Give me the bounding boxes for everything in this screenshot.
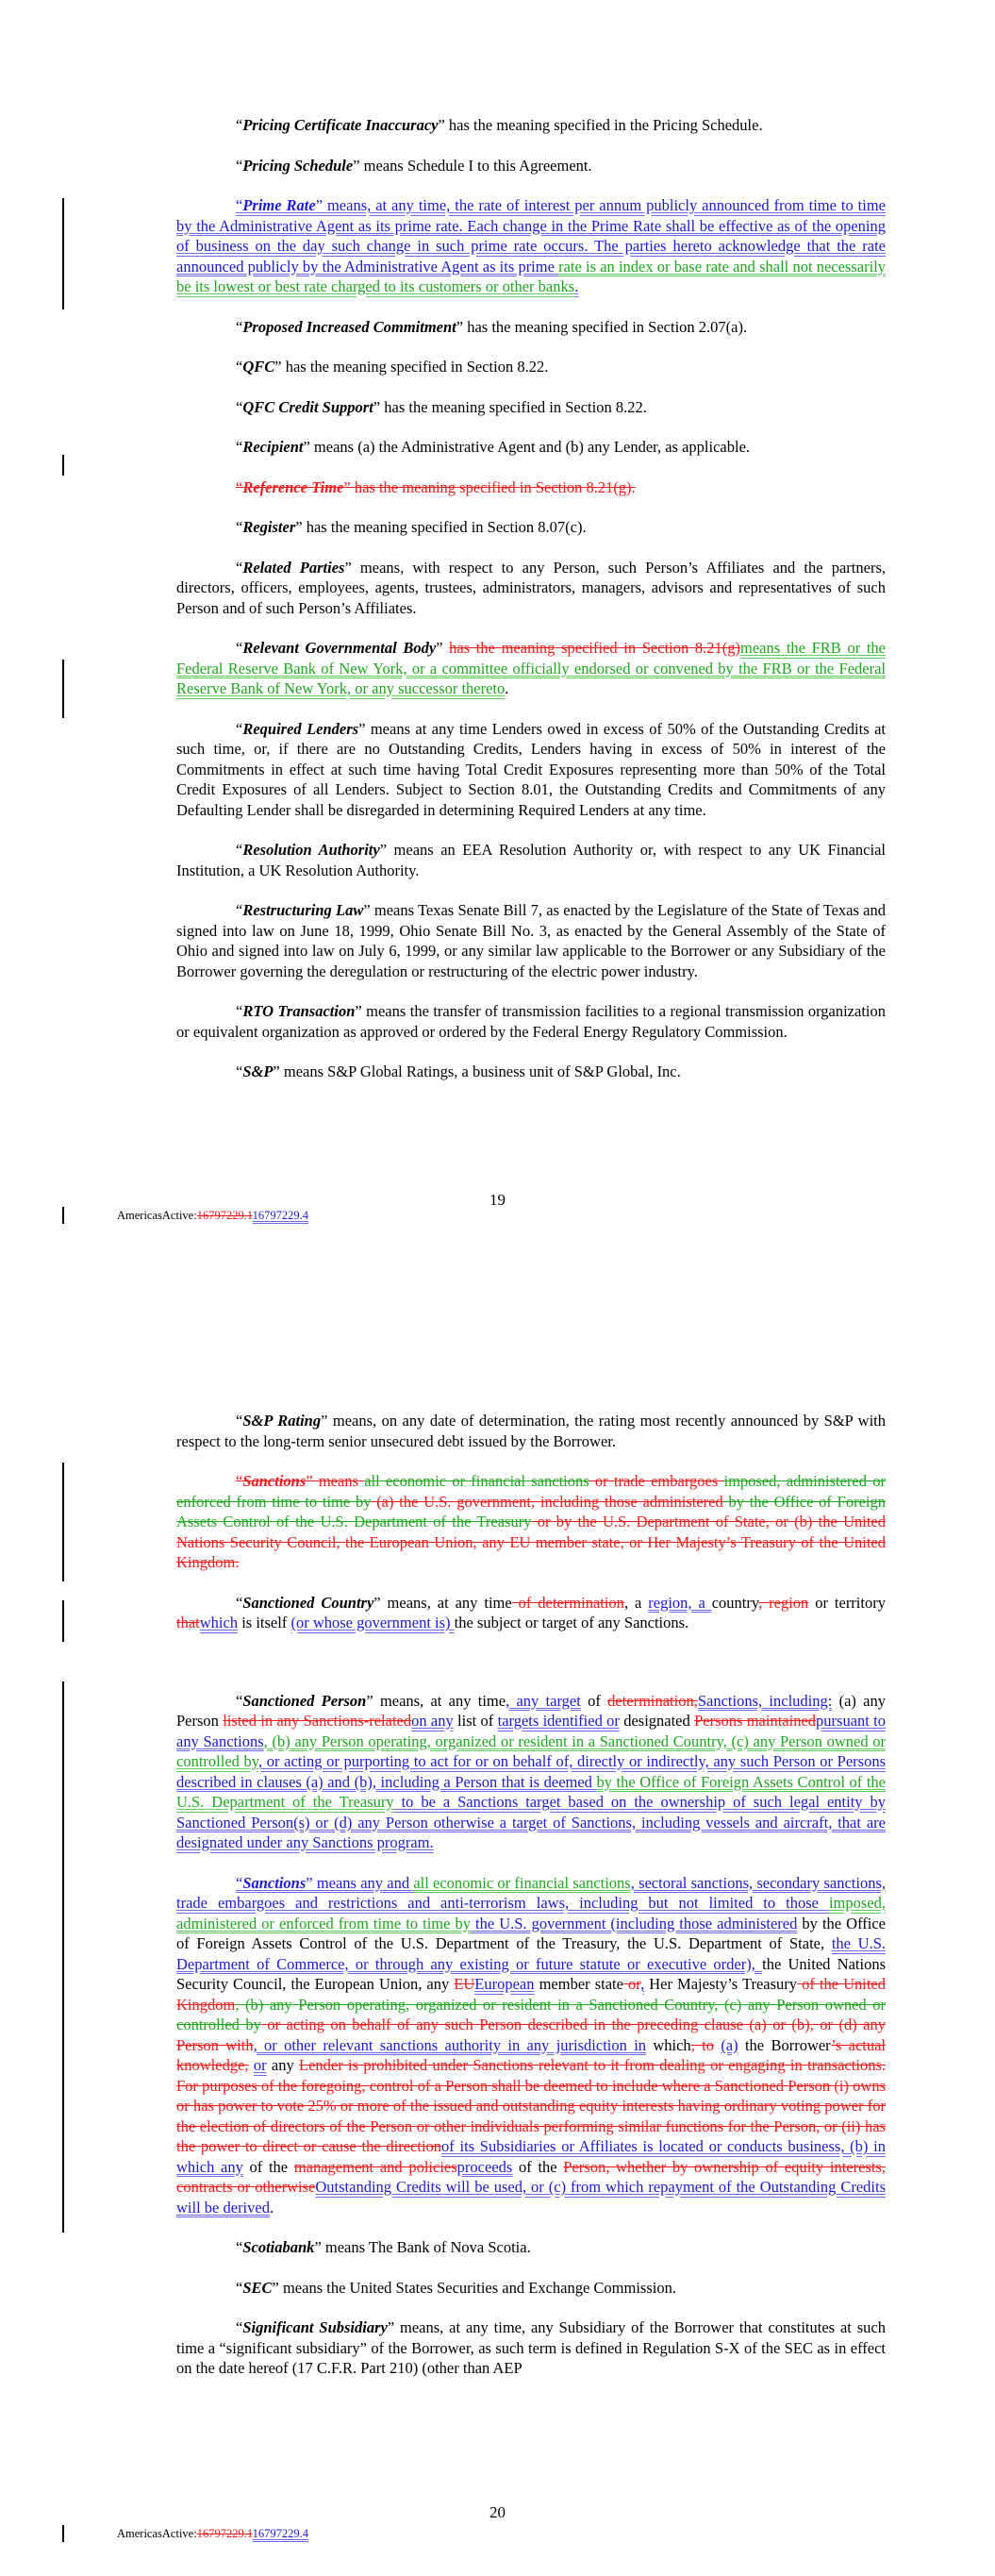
body-text: of the: [512, 2158, 563, 2176]
defined-term: Pricing Schedule: [242, 157, 353, 175]
body-text: ” means Schedule I to this Agreement.: [353, 157, 591, 175]
definition-prime-rate: “Prime Rate” means, at any time, the rat…: [176, 195, 886, 297]
inserted-text: region, a: [648, 1594, 711, 1612]
body-text: ” means (a) the Administrative Agent and…: [303, 438, 750, 456]
defined-term: SEC: [242, 2279, 272, 2297]
defined-term: QFC Credit Support: [242, 398, 373, 416]
change-bar: [62, 455, 64, 476]
body-text: ” means The Bank of Nova Scotia.: [314, 2238, 530, 2256]
body-text: .: [270, 2199, 274, 2216]
deleted-text: of determination: [512, 1594, 624, 1612]
deleted-text: management and policies: [294, 2158, 457, 2176]
footer-prefix: AmericasActive:: [117, 1209, 197, 1222]
definition-sanctions-deleted: “Sanctions” means all economic or financ…: [176, 1471, 886, 1573]
defined-term: Scotiabank: [242, 2238, 314, 2256]
body-text: ” has the meaning specified in Section 8…: [274, 358, 548, 376]
page-number: 20: [0, 2503, 995, 2522]
page-19: “Pricing Certificate Inaccuracy” has the…: [0, 0, 995, 1293]
inserted-text: European: [474, 1975, 534, 1993]
definition-restructuring-law: “Restructuring Law” means Texas Senate B…: [176, 900, 886, 981]
definition-sanctioned-country: “Sanctioned Country” means, at any time …: [176, 1593, 886, 1633]
page-20: “S&P Rating” means, on any date of deter…: [0, 1293, 995, 2576]
definition-sec: “SEC” means the United States Securities…: [176, 2278, 886, 2299]
defined-term: S&P: [242, 1062, 273, 1080]
definition-pricing-schedule: “Pricing Schedule” means Schedule I to t…: [176, 156, 886, 176]
body-text: any: [267, 2056, 299, 2074]
definition-qfc: “QFC” has the meaning specified in Secti…: [176, 357, 886, 377]
deleted-text: (a) the U.S. government, including those…: [371, 1493, 722, 1511]
definition-relevant-governmental-body: “Relevant Governmental Body” has the mea…: [176, 638, 886, 699]
defined-term: Sanctioned Country: [242, 1594, 373, 1612]
definition-rto-transaction: “RTO Transaction” means the transfer of …: [176, 1001, 886, 1042]
body-text: of: [581, 1692, 607, 1710]
defined-term: Resolution Authority: [242, 841, 379, 859]
body-text: member state: [535, 1975, 623, 1993]
body-text: or territory: [808, 1594, 886, 1612]
footer-inserted-id: 16797229.4: [253, 2527, 308, 2540]
body-text: ” has the meaning specified in Section 8…: [295, 518, 586, 536]
deleted-text: ” means: [306, 1472, 364, 1490]
change-bar: [62, 198, 64, 309]
definition-significant-subsidiary: “Significant Subsidiary” means, at any t…: [176, 2317, 886, 2379]
defined-term: Relevant Governmental Body: [242, 639, 436, 657]
document-id-footer: AmericasActive:16797229.116797229.4: [117, 2527, 308, 2541]
deleted-text: that: [176, 1614, 200, 1631]
inserted-text: targets identified or: [498, 1712, 620, 1730]
defined-term: Recipient: [242, 438, 303, 456]
definition-related-parties: “Related Parties” means, with respect to…: [176, 558, 886, 619]
deleted-text: , region: [758, 1594, 808, 1612]
footer-inserted-id: 16797229.4: [253, 1209, 308, 1222]
inserted-text: which: [200, 1614, 238, 1631]
definition-proposed-increased-commitment: “Proposed Increased Commitment” has the …: [176, 317, 886, 338]
definition-pricing-certificate-inaccuracy: “Pricing Certificate Inaccuracy” has the…: [176, 115, 886, 136]
defined-term: RTO Transaction: [242, 1002, 355, 1020]
defined-term: Significant Subsidiary: [242, 2318, 388, 2336]
change-bar: [62, 1463, 64, 1581]
body-text: ”: [436, 639, 449, 657]
inserted-text: , or other relevant sanctions authority …: [254, 2036, 646, 2054]
deleted-text: Persons maintained: [694, 1712, 816, 1730]
page-number: 19: [0, 1191, 995, 1210]
document-id-footer: AmericasActive:16797229.116797229.4: [117, 1209, 308, 1223]
body-text: which: [646, 2036, 691, 2054]
body-text: ” has the meaning specified in the Prici…: [438, 116, 762, 134]
definition-scotiabank: “Scotiabank” means The Bank of Nova Scot…: [176, 2237, 886, 2258]
footer-prefix: AmericasActive:: [117, 2527, 197, 2540]
body-text: the Borrower: [738, 2036, 832, 2054]
body-text: the subject or target of any Sanctions.: [455, 1614, 689, 1631]
defined-term: Sanctioned Person: [242, 1692, 366, 1710]
definition-register: “Register” has the meaning specified in …: [176, 517, 886, 538]
definition-s-and-p-rating: “S&P Rating” means, on any date of deter…: [176, 1411, 886, 1451]
body-text: is itself: [238, 1614, 290, 1631]
footer-deleted-id: 16797229.1: [197, 2527, 253, 2540]
deleted-text: determination,: [607, 1692, 698, 1710]
change-bar: [62, 2525, 64, 2542]
inserted-text: proceeds: [457, 2158, 513, 2176]
body-text: ” has the meaning specified in Section 2…: [456, 318, 747, 336]
body-text: list of: [454, 1712, 498, 1730]
body-text: designated: [620, 1712, 694, 1730]
defined-term: Related Parties: [242, 559, 344, 577]
deleted-text: or trade embargoes: [589, 1472, 724, 1490]
footer-deleted-id: 16797229.1: [197, 1209, 253, 1222]
defined-term: Sanctions: [242, 1472, 306, 1490]
definitions-list: “Pricing Certificate Inaccuracy” has the…: [176, 115, 886, 1082]
defined-term: Prime Rate: [242, 196, 315, 214]
body-text: Her Majesty’s Treasury: [644, 1975, 797, 1993]
deleted-text: or: [623, 1975, 640, 1993]
definition-required-lenders: “Required Lenders” means at any time Len…: [176, 719, 886, 821]
inserted-text: all economic or financial sanctions: [413, 1874, 630, 1892]
inserted-text: Sanctions, including:: [698, 1692, 832, 1710]
defined-term: Restructuring Law: [242, 901, 363, 919]
deleted-text: has the meaning specified in Section 8.2…: [449, 639, 740, 657]
inserted-text: on any: [411, 1712, 454, 1730]
deleted-text: EU: [454, 1975, 474, 1993]
defined-term: Proposed Increased Commitment: [242, 318, 456, 336]
body-text: .: [505, 679, 508, 697]
definition-recipient: “Recipient” means (a) the Administrative…: [176, 437, 886, 458]
inserted-text: , any target: [506, 1692, 581, 1710]
deleted-text: all economic or financial sanctions: [364, 1472, 589, 1490]
change-bar: [62, 1600, 64, 1642]
deleted-text: listed in any Sanctions-related: [223, 1712, 411, 1730]
definition-resolution-authority: “Resolution Authority” means an EEA Reso…: [176, 840, 886, 880]
body-text: ” means the United States Securities and…: [273, 2279, 676, 2297]
defined-term: S&P Rating: [242, 1412, 321, 1430]
body-text: of the: [243, 2158, 294, 2176]
defined-term: Sanctions: [242, 1874, 306, 1892]
body-text: ” means, at any time: [373, 1594, 511, 1612]
defined-term: Required Lenders: [242, 720, 358, 738]
change-bar: [62, 660, 64, 718]
defined-term: Reference Time: [242, 478, 343, 496]
definition-reference-time: “Reference Time” has the meaning specifi…: [176, 477, 886, 498]
inserted-text: (or whose government is): [290, 1614, 454, 1631]
deleted-text: , to: [691, 2036, 714, 2054]
body-text: ” means, at any time: [366, 1692, 506, 1710]
body-text: , a: [624, 1594, 648, 1612]
definition-s-and-p: “S&P” means S&P Global Ratings, a busine…: [176, 1062, 886, 1082]
change-bar: [62, 1681, 64, 2233]
inserted-text: or: [254, 2056, 267, 2074]
definition-qfc-credit-support: “QFC Credit Support” has the meaning spe…: [176, 397, 886, 418]
inserted-text: ” means any and: [306, 1874, 413, 1892]
inserted-text: the U.S. government (including those adm…: [471, 1915, 797, 1932]
body-text: ” has the meaning specified in Section 8…: [373, 398, 647, 416]
inserted-text: (a): [721, 2036, 738, 2054]
inserted-text: .: [574, 277, 578, 295]
body-text: ” means S&P Global Ratings, a business u…: [273, 1062, 680, 1080]
deleted-text: ” has the meaning specified in Section 8…: [343, 478, 635, 496]
definition-sanctions-inserted: “Sanctions” means any and all economic o…: [176, 1873, 886, 2218]
definitions-list: “S&P Rating” means, on any date of deter…: [176, 1411, 886, 2379]
definition-sanctioned-person: “Sanctioned Person” means, at any time, …: [176, 1691, 886, 1853]
defined-term: QFC: [242, 358, 274, 376]
defined-term: Register: [242, 518, 295, 536]
body-text: country: [712, 1594, 758, 1612]
defined-term: Pricing Certificate Inaccuracy: [242, 116, 438, 134]
